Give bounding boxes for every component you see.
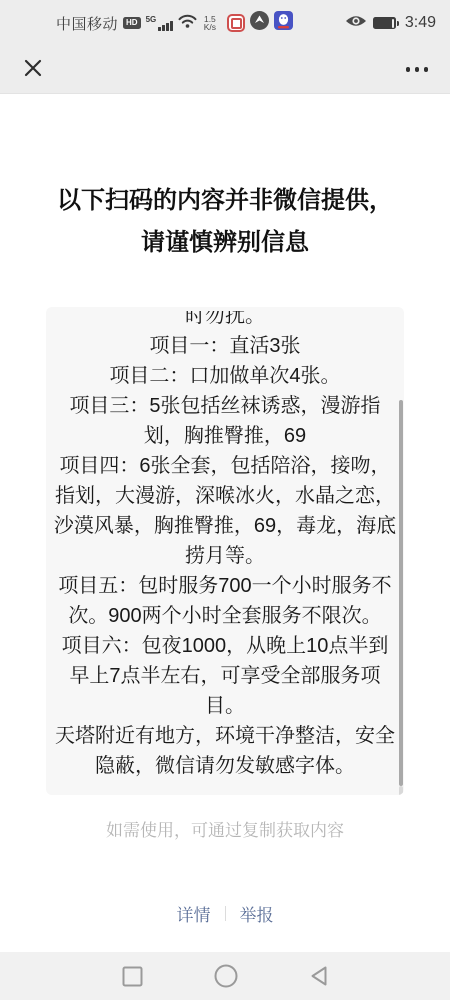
- dark-circle-app-notification-icon: [250, 11, 269, 35]
- battery-icon: [373, 17, 399, 29]
- content-line: 目。: [46, 691, 404, 721]
- status-right-cluster: 3:49: [345, 14, 436, 33]
- action-links: 详情 举报: [0, 901, 450, 926]
- eye-comfort-icon: [345, 14, 367, 33]
- phone-screen: 中国移动 HD 5G 1.5 K/s: [0, 0, 450, 1000]
- warning-title-line1: 以下扫码的内容并非微信提供，: [0, 180, 450, 222]
- more-options-icon[interactable]: [406, 67, 429, 72]
- status-bar: 中国移动 HD 5G 1.5 K/s: [0, 0, 450, 46]
- speed-unit: K/s: [204, 23, 216, 32]
- signal-bars-icon: [158, 21, 173, 31]
- content-line: 指划，大漫游，深喉冰火，水晶之恋，: [46, 481, 404, 511]
- warning-title-line2: 请谨慎辨别信息: [0, 222, 450, 264]
- system-nav-bar: [0, 952, 450, 1000]
- report-link[interactable]: 举报: [240, 901, 274, 926]
- content-line: 项目五：包时服务700一个小时服务不: [46, 571, 404, 601]
- recents-square-icon[interactable]: [122, 966, 143, 987]
- blue-app-notification-icon: [274, 11, 293, 35]
- warning-title: 以下扫码的内容并非微信提供， 请谨慎辨别信息: [0, 94, 450, 264]
- content-line: 项目三：5张包括丝袜诱惑，漫游指: [46, 391, 404, 421]
- hd-volte-icon: HD: [123, 17, 141, 29]
- link-divider: [225, 906, 226, 921]
- scanned-content-clip: 时勿扰。项目一：直活3张项目二：口加做单次4张。项目三：5张包括丝袜诱惑，漫游指…: [46, 311, 404, 789]
- top-nav-bar: [0, 46, 450, 94]
- close-icon[interactable]: [22, 57, 44, 82]
- scrollbar-thumb[interactable]: [399, 400, 403, 786]
- content-line: 天塔附近有地方，环境干净整洁，安全: [46, 721, 404, 751]
- wifi-icon: [178, 13, 197, 34]
- status-left-cluster: 中国移动 HD 5G 1.5 K/s: [56, 11, 293, 35]
- red-app-notification-icon: [227, 14, 245, 32]
- signal-strength-icon: 5G: [146, 15, 173, 31]
- content-line: 次。900两个小时全套服务不限次。: [46, 601, 404, 631]
- home-circle-icon[interactable]: [214, 964, 238, 988]
- detail-link[interactable]: 详情: [177, 901, 211, 926]
- notification-icons: [227, 11, 293, 35]
- content-line: 沙漠风暴，胸推臀推，69，毒龙，海底: [46, 511, 404, 541]
- copy-hint-text: 如需使用，可通过复制获取内容: [0, 816, 450, 841]
- content-line: 早上7点半左右，可享受全部服务项: [46, 661, 404, 691]
- scanned-content-box[interactable]: 时勿扰。项目一：直活3张项目二：口加做单次4张。项目三：5张包括丝袜诱惑，漫游指…: [46, 307, 404, 795]
- content-line: 项目四：6张全套，包括陪浴，接吻，: [46, 451, 404, 481]
- network-type-label: 5G: [146, 15, 157, 24]
- back-triangle-icon[interactable]: [309, 965, 329, 987]
- content-line: 时勿扰。: [46, 311, 404, 331]
- scrollbar-track: [399, 786, 403, 795]
- network-speed-indicator: 1.5 K/s: [204, 15, 216, 32]
- carrier-name: 中国移动: [56, 13, 118, 34]
- content-line: 项目一：直活3张: [46, 331, 404, 361]
- content-line: 项目二：口加做单次4张。: [46, 361, 404, 391]
- content-line: 划，胸推臀推，69: [46, 421, 404, 451]
- scanned-content-text: 时勿扰。项目一：直活3张项目二：口加做单次4张。项目三：5张包括丝袜诱惑，漫游指…: [46, 311, 404, 781]
- content-line: 隐蔽，微信请勿发敏感字体。: [46, 751, 404, 781]
- content-line: 捞月等。: [46, 541, 404, 571]
- clock-time: 3:49: [405, 14, 436, 32]
- content-line: 项目六：包夜1000，从晚上10点半到: [46, 631, 404, 661]
